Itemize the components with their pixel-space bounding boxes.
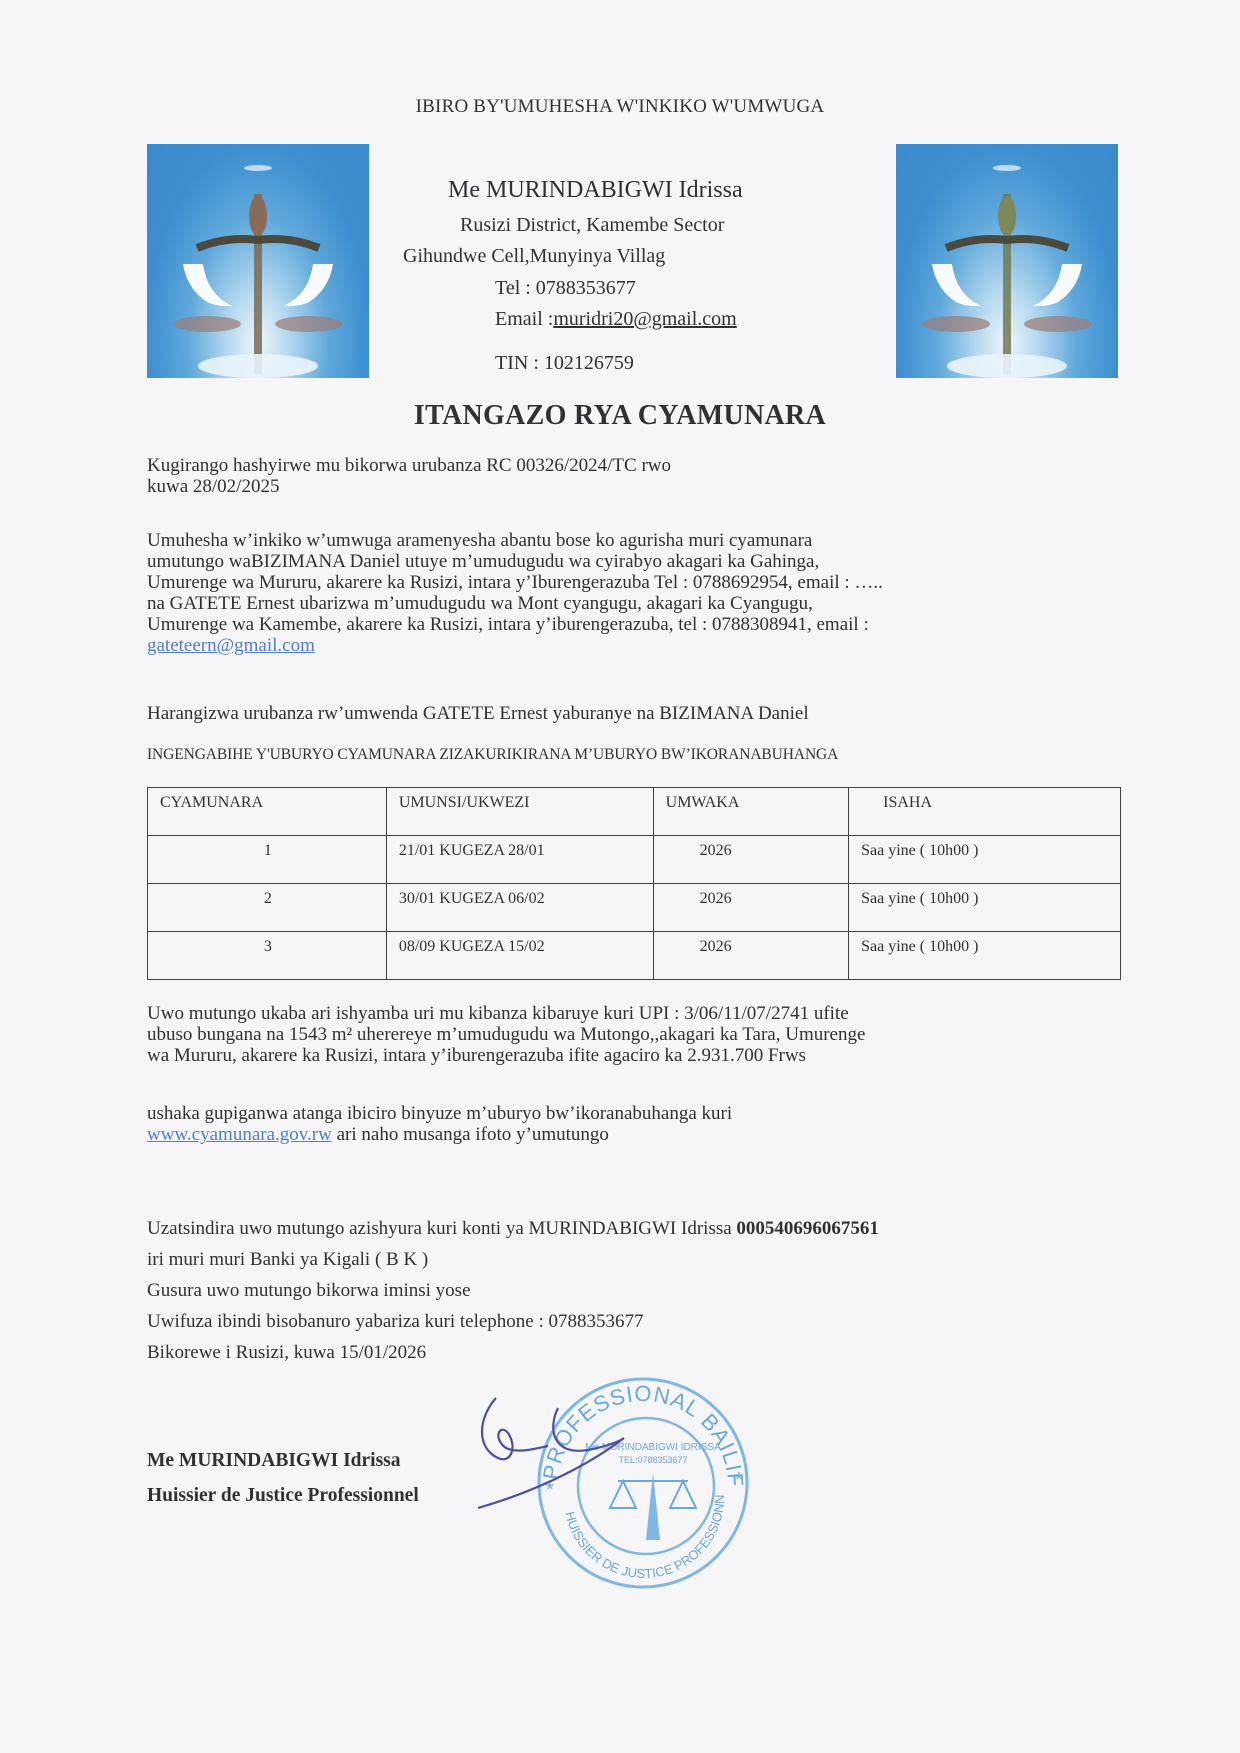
cell-auction-number: 3 xyxy=(148,932,387,980)
scales-of-justice-icon xyxy=(896,144,1118,378)
cell-year: 2026 xyxy=(653,884,848,932)
notice-line: na GATETE Ernest ubarizwa m’umudugudu wa… xyxy=(147,593,883,614)
table-row: 3 08/09 KUGEZA 15/02 2026 Saa yine ( 10h… xyxy=(148,932,1121,980)
address-line-1: Rusizi District, Kamembe Sector xyxy=(460,214,724,237)
bailiff-name-header: Me MURINDABIGWI Idrissa xyxy=(448,177,743,204)
notice-line: Umurenge wa Kamembe, akarere ka Rusizi, … xyxy=(147,614,883,635)
property-line: Uwo mutungo ukaba ari ishyamba uri mu ki… xyxy=(147,1003,865,1024)
office-title: IBIRO BY'UMUHESHA W'INKIKO W'UMWUGA xyxy=(0,96,1240,117)
table-row: 2 30/01 KUGEZA 06/02 2026 Saa yine ( 10h… xyxy=(148,884,1121,932)
schedule-title: INGENGABIHE Y'UBURYO CYAMUNARA ZIZAKURIK… xyxy=(147,746,838,764)
cell-year: 2026 xyxy=(653,836,848,884)
tin-number: TIN : 102126759 xyxy=(495,352,634,375)
official-stamp: PROFESSIONAL BAILIFF HUISSIER DE JUSTICE… xyxy=(528,1368,758,1598)
payment-line-3: Gusura uwo mutungo bikorwa iminsi yose xyxy=(147,1275,879,1306)
table-header-row: CYAMUNARA UMUNSI/UKWEZI UMWAKA ISAHA xyxy=(148,788,1121,836)
intro-line: Kugirango hashyirwe mu bikorwa urubanza … xyxy=(147,455,671,476)
property-paragraph: Uwo mutungo ukaba ari ishyamba uri mu ki… xyxy=(147,1003,865,1066)
notice-paragraph: Umuhesha w’inkiko w’umwuga aramenyesha a… xyxy=(147,530,883,656)
notice-line: Umurenge wa Mururu, akarere ka Rusizi, i… xyxy=(147,572,883,593)
intro-paragraph: Kugirango hashyirwe mu bikorwa urubanza … xyxy=(147,455,671,497)
cyamunara-website-link[interactable]: www.cyamunara.gov.rw xyxy=(147,1124,332,1145)
bidding-paragraph: ushaka gupiganwa atanga ibiciro binyuze … xyxy=(147,1103,732,1145)
property-line: wa Mururu, akarere ka Rusizi, intara y’i… xyxy=(147,1045,865,1066)
scales-of-justice-icon xyxy=(147,144,369,378)
bidding-line-2: www.cyamunara.gov.rw ari naho musanga if… xyxy=(147,1124,732,1145)
payment-line-1: Uzatsindira uwo mutungo azishyura kuri k… xyxy=(147,1213,879,1244)
header-isaha: ISAHA xyxy=(849,788,1121,836)
signatory-name: Me MURINDABIGWI Idrissa xyxy=(147,1450,401,1472)
bidding-line: ushaka gupiganwa atanga ibiciro binyuze … xyxy=(147,1103,732,1124)
cell-auction-number: 1 xyxy=(148,836,387,884)
payment-text: Uzatsindira uwo mutungo azishyura kuri k… xyxy=(147,1218,736,1239)
scales-of-justice-logo-left xyxy=(147,144,369,378)
case-line: Harangizwa urubanza rw’umwenda GATETE Er… xyxy=(147,703,809,724)
header-umwaka: UMWAKA xyxy=(653,788,848,836)
payment-line-4: Uwifuza ibindi bisobanuro yabariza kuri … xyxy=(147,1306,879,1337)
header-tel: Tel : 0788353677 xyxy=(495,277,636,300)
payment-paragraph: Uzatsindira uwo mutungo azishyura kuri k… xyxy=(147,1213,879,1368)
handwritten-signature xyxy=(448,1378,708,1528)
notice-line: umutungo waBIZIMANA Daniel utuye m’umudu… xyxy=(147,551,883,572)
bidding-line-end: ari naho musanga ifoto y’umutungo xyxy=(332,1124,609,1145)
notice-line: Umuhesha w’inkiko w’umwuga aramenyesha a… xyxy=(147,530,883,551)
cell-date-range: 08/09 KUGEZA 15/02 xyxy=(386,932,653,980)
header-email-link[interactable]: muridri20@gmail.com xyxy=(553,308,736,330)
email-label: Email : xyxy=(495,308,553,330)
payment-line-5: Bikorewe i Rusizi, kuwa 15/01/2026 xyxy=(147,1337,879,1368)
document-title: ITANGAZO RYA CYAMUNARA xyxy=(0,400,1240,432)
notice-email-link[interactable]: gateteern@gmail.com xyxy=(147,635,883,656)
scales-of-justice-logo-right xyxy=(896,144,1118,378)
header-cyamunara: CYAMUNARA xyxy=(148,788,387,836)
signatory-role: Huissier de Justice Professionnel xyxy=(147,1485,419,1507)
cell-time: Saa yine ( 10h00 ) xyxy=(849,884,1121,932)
header-email-row: Email :muridri20@gmail.com xyxy=(495,308,737,331)
cell-date-range: 30/01 KUGEZA 06/02 xyxy=(386,884,653,932)
table-row: 1 21/01 KUGEZA 28/01 2026 Saa yine ( 10h… xyxy=(148,836,1121,884)
cell-time: Saa yine ( 10h00 ) xyxy=(849,932,1121,980)
intro-line: kuwa 28/02/2025 xyxy=(147,476,671,497)
cell-year: 2026 xyxy=(653,932,848,980)
cell-time: Saa yine ( 10h00 ) xyxy=(849,836,1121,884)
payment-line-2: iri muri muri Banki ya Kigali ( B K ) xyxy=(147,1244,879,1275)
svg-text:*: * xyxy=(735,1469,743,1491)
cell-date-range: 21/01 KUGEZA 28/01 xyxy=(386,836,653,884)
auction-schedule-table: CYAMUNARA UMUNSI/UKWEZI UMWAKA ISAHA 1 2… xyxy=(147,787,1121,980)
cell-auction-number: 2 xyxy=(148,884,387,932)
address-line-2: Gihundwe Cell,Munyinya Villag xyxy=(403,245,665,268)
header-umunsi-ukwezi: UMUNSI/UKWEZI xyxy=(386,788,653,836)
account-number: 000540696067561 xyxy=(736,1218,879,1239)
property-line: ubuso bungana na 1543 m² uherereye m’umu… xyxy=(147,1024,865,1045)
